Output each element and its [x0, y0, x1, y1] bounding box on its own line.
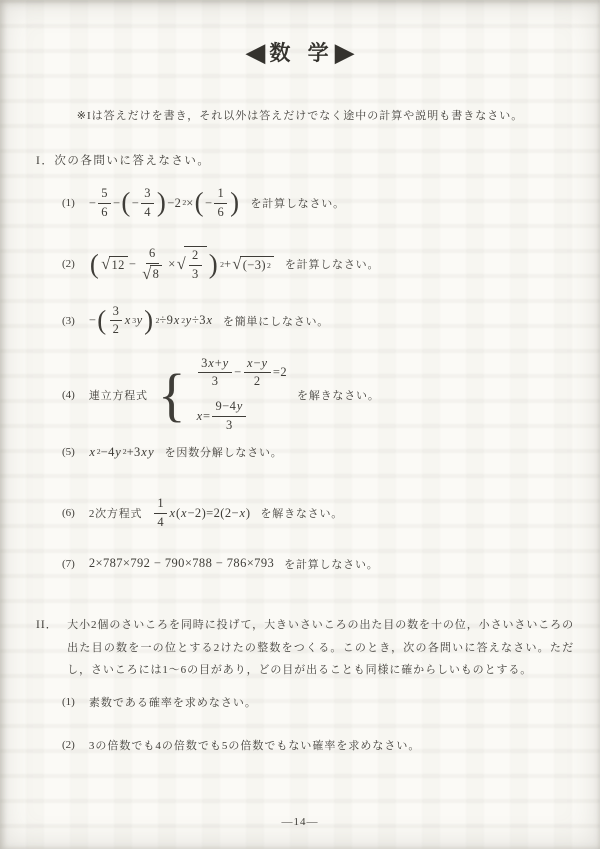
- problem-row: (6) 2次方程式 14x(x−2)=2(2−x) を解きなさい。: [62, 496, 343, 530]
- problem-formula: x2−4y2+3xy: [89, 445, 155, 460]
- page-number: —14—: [0, 816, 600, 828]
- section-2: II． 大小2個のさいころを同時に投げて，大きいさいころの出た目の数を十の位，小…: [36, 614, 574, 682]
- section-2-marker: II．: [36, 614, 58, 638]
- problem-formula: {3x+y3−x−y2=2x=9−4y3: [158, 356, 287, 434]
- section-1-heading: I．次の各問いに答えなさい。: [36, 152, 210, 168]
- title-left-arrow-icon: ◀: [245, 40, 265, 66]
- problem-number: (1): [62, 696, 75, 708]
- problem-formula: (√12−6√8×√23)2+√(−3)2: [89, 246, 275, 282]
- problem-number: (4): [62, 389, 75, 401]
- problem-formula: −(32x3y)2÷9x2y÷3x: [89, 304, 213, 338]
- problem-formula: −56−(−34)−22×(−16): [89, 186, 241, 220]
- section-2-problems: (1) 素数である確率を求めなさい。 (2) 3の倍数でも4の倍数でも5の倍数で…: [62, 694, 420, 780]
- problem-row: (4) 連立方程式 {3x+y3−x−y2=2x=9−4y3 を解きなさい。: [62, 356, 380, 434]
- problem-formula: 2×787×792 − 790×788 − 786×793: [89, 556, 274, 571]
- problem-prefix: 連立方程式: [89, 387, 148, 403]
- problem-text: 3の倍数でも4の倍数でも5の倍数でもない確率を求めなさい。: [89, 737, 421, 753]
- problem-suffix: を解きなさい。: [297, 387, 380, 403]
- section-1-problems: (1) −56−(−34)−22×(−16) を計算しなさい。 (2) (√12…: [62, 186, 380, 572]
- page-header: ◀ 数 学 ▶: [0, 40, 600, 66]
- problem-number: (2): [62, 739, 75, 751]
- title-right-arrow-icon: ▶: [335, 40, 355, 66]
- problem-number: (5): [62, 446, 75, 458]
- problem-row: (2) (√12−6√8×√23)2+√(−3)2 を計算しなさい。: [62, 246, 379, 282]
- page-title: 数 学: [269, 43, 334, 64]
- section-2-intro: 大小2個のさいころを同時に投げて，大きいさいころの出た目の数を十の位，小さいさい…: [67, 614, 574, 682]
- problem-suffix: を因数分解しなさい。: [165, 444, 283, 460]
- problem-suffix: を簡単にしなさい。: [223, 313, 329, 329]
- problem-suffix: を計算しなさい。: [250, 195, 344, 211]
- problem-text: 素数である確率を求めなさい。: [89, 694, 257, 710]
- problem-row: (3) −(32x3y)2÷9x2y÷3x を簡単にしなさい。: [62, 304, 329, 338]
- problem-row: (2) 3の倍数でも4の倍数でも5の倍数でもない確率を求めなさい。: [62, 737, 420, 753]
- problem-number: (3): [62, 315, 75, 327]
- answer-instruction-note: ※Iは答えだけを書き，それ以外は答えだけでなく途中の計算や説明も書きなさい。: [0, 107, 600, 123]
- problem-prefix: 2次方程式: [89, 505, 143, 521]
- problem-suffix: を計算しなさい。: [285, 256, 379, 272]
- problem-row: (7) 2×787×792 − 790×788 − 786×793 を計算しなさ…: [62, 556, 379, 572]
- problem-row: (1) 素数である確率を求めなさい。: [62, 694, 257, 710]
- problem-number: (1): [62, 197, 75, 209]
- problem-row: (5) x2−4y2+3xy を因数分解しなさい。: [62, 444, 283, 460]
- problem-number: (7): [62, 558, 75, 570]
- problem-suffix: を計算しなさい。: [284, 556, 378, 572]
- exam-page: ◀ 数 学 ▶ ※Iは答えだけを書き，それ以外は答えだけでなく途中の計算や説明も…: [0, 0, 600, 849]
- problem-formula: 14x(x−2)=2(2−x): [152, 496, 250, 530]
- problem-number: (6): [62, 507, 75, 519]
- problem-row: (1) −56−(−34)−22×(−16) を計算しなさい。: [62, 186, 345, 220]
- problem-number: (2): [62, 258, 75, 270]
- problem-suffix: を解きなさい。: [260, 505, 343, 521]
